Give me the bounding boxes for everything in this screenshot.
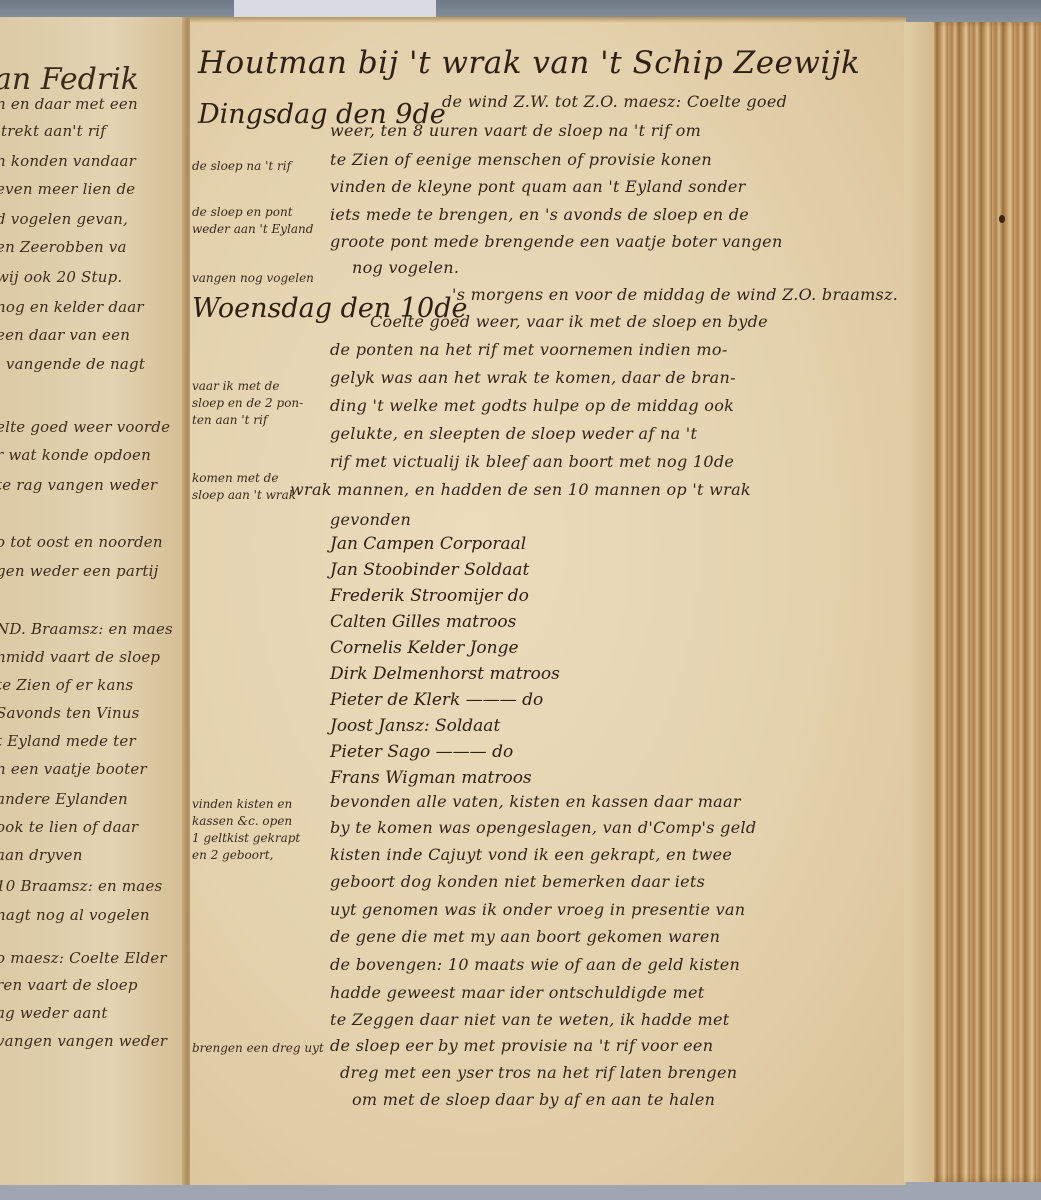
crew-role: Soldaat — [464, 560, 529, 580]
text-line: n en daar met een — [0, 95, 138, 113]
margin-note-line: sloep en de 2 pon- — [192, 395, 303, 412]
left-page: an Fedrik n en daar met eenltrekt aan't … — [0, 17, 188, 1185]
page-top-edge — [190, 17, 906, 23]
text-line: n een vaatje booter — [0, 760, 147, 778]
margin-note: de sloep en pontweder aan 't Eyland — [192, 204, 313, 238]
margin-note: vinden kisten enkassen &c. open1 geltkis… — [192, 796, 300, 864]
text-line: ding 't welke met godts hulpe op de midd… — [330, 396, 734, 415]
text-line: de bovengen: 10 maats wie of aan de geld… — [330, 955, 740, 974]
margin-note: de sloep na 't rif — [192, 158, 291, 175]
text-line: kisten inde Cajuyt vond ik een gekrapt, … — [330, 845, 732, 864]
text-line: nmidd vaart de sloep — [0, 648, 160, 666]
margin-note-line: brengen een dreg uyt — [192, 1040, 324, 1057]
text-line: r wat konde opdoen — [0, 446, 151, 464]
crew-role: do — [508, 586, 529, 606]
text-line: vangen vangen weder — [0, 1032, 167, 1050]
margin-note: brengen een dreg uyt — [192, 1040, 324, 1057]
book-fore-edge — [904, 22, 1041, 1182]
crew-entry: Joost Jansz: Soldaat — [330, 716, 500, 736]
text-line: ltrekt aan't rif — [0, 122, 106, 140]
text-line: de ponten na het rif met voornemen indie… — [330, 340, 728, 359]
crew-entry: Dirk Delmenhorst matroos — [330, 664, 560, 684]
text-line: Coelte goed weer, vaar ik met de sloep e… — [370, 312, 768, 331]
found-label: gevonden — [330, 510, 411, 529]
text-line: 's morgens en voor de middag de wind Z.O… — [452, 285, 898, 304]
text-line: ren vaart de sloep — [0, 976, 138, 994]
margin-note: vaar ik met desloep en de 2 pon-ten aan … — [192, 378, 303, 429]
crew-name: Cornelis Kelder — [330, 638, 470, 658]
crew-entry: Frederik Stroomijer do — [330, 586, 529, 606]
margin-note-line: 1 geltkist gekrapt — [192, 830, 300, 847]
crew-entry: Jan Stoobinder Soldaat — [330, 560, 529, 580]
text-line: gelyk was aan het wrak te komen, daar de… — [330, 368, 736, 387]
crew-entry: Pieter Sago ——— do — [330, 742, 513, 762]
margin-note: vangen nog vogelen — [192, 270, 314, 287]
text-line: nog vogelen. — [352, 258, 459, 277]
text-line: even meer lien de — [0, 180, 135, 198]
left-page-title: an Fedrik — [0, 62, 139, 97]
crew-entry: Pieter de Klerk ——— do — [330, 690, 543, 710]
text-line: rif met victualij ik bleef aan boort met… — [330, 452, 734, 471]
text-line: ook te lien of daar — [0, 818, 138, 836]
crew-name: Frederik Stroomijer — [330, 586, 508, 606]
text-line: te Zien of eenige menschen of provisie k… — [330, 150, 712, 169]
crew-entry: Cornelis Kelder Jonge — [330, 638, 519, 658]
crew-entry: Jan Campen Corporaal — [330, 534, 526, 554]
crew-name: Jan Stoobinder — [330, 560, 464, 580]
text-line: wij ook 20 Stup. — [0, 268, 122, 286]
margin-note-line: vaar ik met de — [192, 378, 303, 395]
margin-note-line: ten aan 't rif — [192, 412, 303, 429]
crew-role: Soldaat — [435, 716, 500, 736]
crew-role: matroos — [446, 612, 516, 632]
page-stack-edge — [904, 22, 934, 1182]
text-line: . vangende de nagt — [0, 355, 145, 373]
crew-name: Frans Wigman — [330, 768, 461, 788]
crew-role: matroos — [489, 664, 559, 684]
crew-name: Calten Gilles — [330, 612, 446, 632]
crew-name: Pieter de Klerk — [330, 690, 466, 710]
page-title: Houtman bij 't wrak van 't Schip Zeewijk — [198, 45, 860, 81]
text-line: om met de sloep daar by af en aan te hal… — [352, 1090, 715, 1109]
text-line: ND. Braamsz: en maes — [0, 620, 173, 638]
text-line: en Zeerobben va — [0, 238, 127, 256]
text-line: te rag vangen weder — [0, 476, 157, 494]
text-line: te Zien of er kans — [0, 676, 133, 694]
crew-name: Jan Campen — [330, 534, 440, 554]
text-line: aan dryven — [0, 846, 83, 864]
crew-name: Joost Jansz: — [330, 716, 435, 736]
text-line: 10 Braamsz: en maes — [0, 877, 162, 895]
text-line: d vogelen gevan, — [0, 210, 128, 228]
text-line: geboort dog konden niet bemerken daar ie… — [330, 872, 705, 891]
text-line: de gene die met my aan boort gekomen war… — [330, 927, 720, 946]
text-line: ag weder aant — [0, 1004, 108, 1022]
text-line: de sloep eer by met provisie na 't rif v… — [330, 1036, 713, 1055]
text-line: te Zeggen daar niet van te weten, ik had… — [330, 1010, 730, 1029]
margin-note-line: vangen nog vogelen — [192, 270, 314, 287]
crew-entry: Calten Gilles matroos — [330, 612, 516, 632]
crew-role: Corporaal — [440, 534, 526, 554]
text-line: by te komen was opengeslagen, van d'Comp… — [330, 818, 756, 837]
ink-spot — [999, 215, 1005, 223]
margin-note-line: komen met de — [192, 470, 296, 487]
margin-note-line: de sloep na 't rif — [192, 158, 291, 175]
crew-name: Dirk Delmenhorst — [330, 664, 489, 684]
text-line: gelukte, en sleepten de sloep weder af n… — [330, 424, 697, 443]
crew-role: ——— do — [466, 690, 544, 710]
text-line: t Eyland mede ter — [0, 732, 136, 750]
text-line: wrak mannen, en hadden de sen 10 mannen … — [290, 480, 751, 499]
text-line: de wind Z.W. tot Z.O. maesz: Coelte goed — [442, 92, 787, 111]
text-line: iets mede te brengen, en 's avonds de sl… — [330, 205, 749, 224]
text-line: nagt nog al vogelen — [0, 906, 150, 924]
margin-note-line: en 2 geboort, — [192, 847, 300, 864]
text-line: bevonden alle vaten, kisten en kassen da… — [330, 792, 741, 811]
text-line: weer, ten 8 uuren vaart de sloep na 't r… — [330, 121, 701, 140]
margin-note-line: kassen &c. open — [192, 813, 300, 830]
text-line: uyt genomen was ik onder vroeg in presen… — [330, 900, 745, 919]
crew-role: Jonge — [470, 638, 519, 658]
margin-note-line: de sloep en pont — [192, 204, 313, 221]
text-line: dreg met een yser tros na het rif laten … — [340, 1063, 737, 1082]
margin-note-line: weder aan 't Eyland — [192, 221, 313, 238]
crew-name: Pieter Sago — [330, 742, 436, 762]
text-line: nog en kelder daar — [0, 298, 144, 316]
right-page: Houtman bij 't wrak van 't Schip Zeewijk… — [188, 17, 906, 1185]
margin-note: komen met desloep aan 't wrak — [192, 470, 296, 504]
text-line: elte goed weer voorde — [0, 418, 170, 436]
crew-role: ——— do — [436, 742, 514, 762]
text-line: hadde geweest maar ider ontschuldigde me… — [330, 983, 705, 1002]
text-line: vinden de kleyne pont quam aan 't Eyland… — [330, 177, 746, 196]
text-line: o tot oost en noorden — [0, 533, 163, 551]
text-line: n konden vandaar — [0, 152, 136, 170]
text-line: een daar van een — [0, 326, 130, 344]
crew-entry: Frans Wigman matroos — [330, 768, 532, 788]
text-line: o maesz: Coelte Elder — [0, 949, 167, 967]
margin-note-line: vinden kisten en — [192, 796, 300, 813]
text-line: andere Eylanden — [0, 790, 128, 808]
text-line: Savonds ten Vinus — [0, 704, 140, 722]
crew-role: matroos — [461, 768, 531, 788]
text-line: groote pont mede brengende een vaatje bo… — [330, 232, 783, 251]
text-line: gen weder een partij — [0, 562, 158, 580]
margin-note-line: sloep aan 't wrak — [192, 487, 296, 504]
